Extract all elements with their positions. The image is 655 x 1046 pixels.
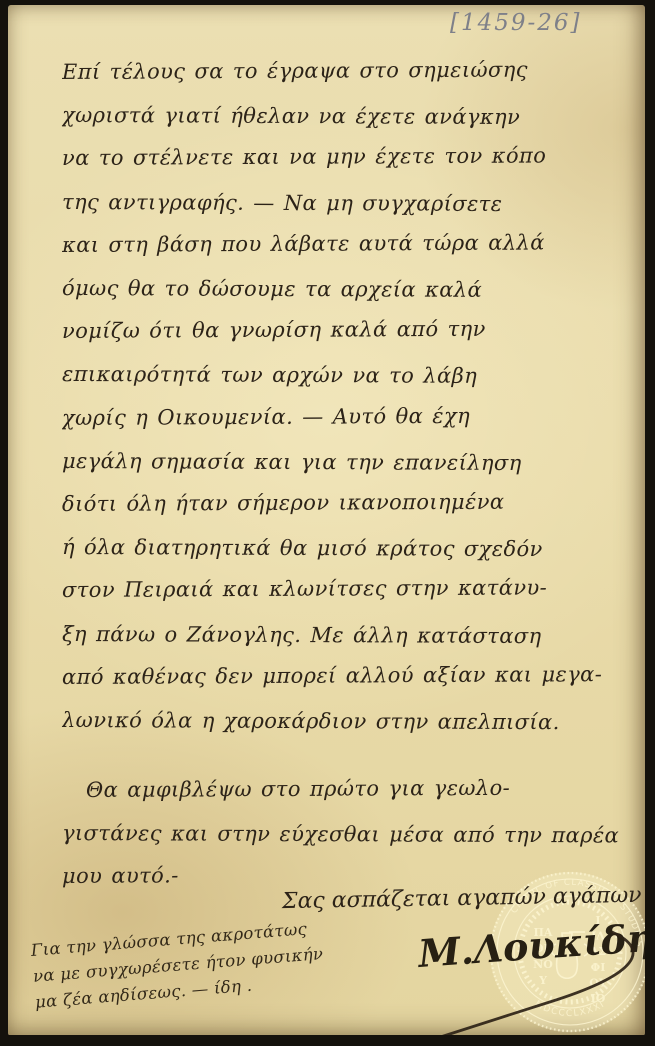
scan-edge-right xyxy=(645,0,655,1046)
letter-line: νομίζω ότι θα γνωρίση καλά από την xyxy=(62,316,648,343)
scan-edge-bottom xyxy=(0,1035,655,1046)
svg-text:Υ: Υ xyxy=(538,974,547,987)
letter-line: ή όλα διατηρητικά θα μισό κράτος σχεδόν xyxy=(62,535,648,562)
letter-line: να το στέλνετε και να μην έχετε τον κόπο xyxy=(62,143,648,170)
letter-line: Επί τέλους σα το έγραψα στο σημειώσης xyxy=(62,57,648,84)
letter-scan: AMERICAN SCHOOL OF CLASSICAL STUDIES AT … xyxy=(0,0,655,1046)
letter-line: στον Πειραιά και κλωνίτσες στην κατάνυ- xyxy=(62,575,648,602)
letter-line: λωνικό όλα η χαροκάρδιον στην απελπισία. xyxy=(62,708,648,735)
reference-number: [1459-26] xyxy=(450,10,582,36)
letter-line: της αντιγραφής. — Να μη συγχαρίσετε xyxy=(62,190,648,217)
letter-line: γιστάνες και στην εύχεσθαι μέσα από την … xyxy=(62,821,648,848)
scan-edge-top xyxy=(0,0,655,5)
letter-line: χωριστά γιατί ήθελαν να έχετε ανάγκην xyxy=(62,103,648,130)
letter-line: από καθένας δεν μπορεί αλλού αξίαν και μ… xyxy=(62,662,648,689)
letter-line: Θα αμφιβλέψω στο πρώτο για γεωλο- xyxy=(86,775,655,802)
svg-text:ΙΟ: ΙΟ xyxy=(591,992,606,1005)
svg-text:ΟΥ: ΟΥ xyxy=(589,976,607,989)
letter-line: μεγάλη σημασία και για την επανείληση xyxy=(62,449,648,476)
letter-line: και στη βάση που λάβατε αυτά τώρα αλλά xyxy=(62,230,648,257)
letter-line: διότι όλη ήταν σήμερον ικανοποιημένα xyxy=(62,489,648,516)
letter-line: χωρίς η Οικουμενία. — Αυτό θα έχη xyxy=(62,403,648,430)
letter-line: ξη πάνω ο Ζάνογλης. Με άλλη κατάσταση xyxy=(62,622,648,649)
scan-edge-left xyxy=(0,0,8,1046)
letter-line: επικαιρότητά των αρχών να το λάβη xyxy=(62,362,648,389)
letter-line: όμως θα το δώσουμε τα αρχεία καλά xyxy=(62,276,648,303)
